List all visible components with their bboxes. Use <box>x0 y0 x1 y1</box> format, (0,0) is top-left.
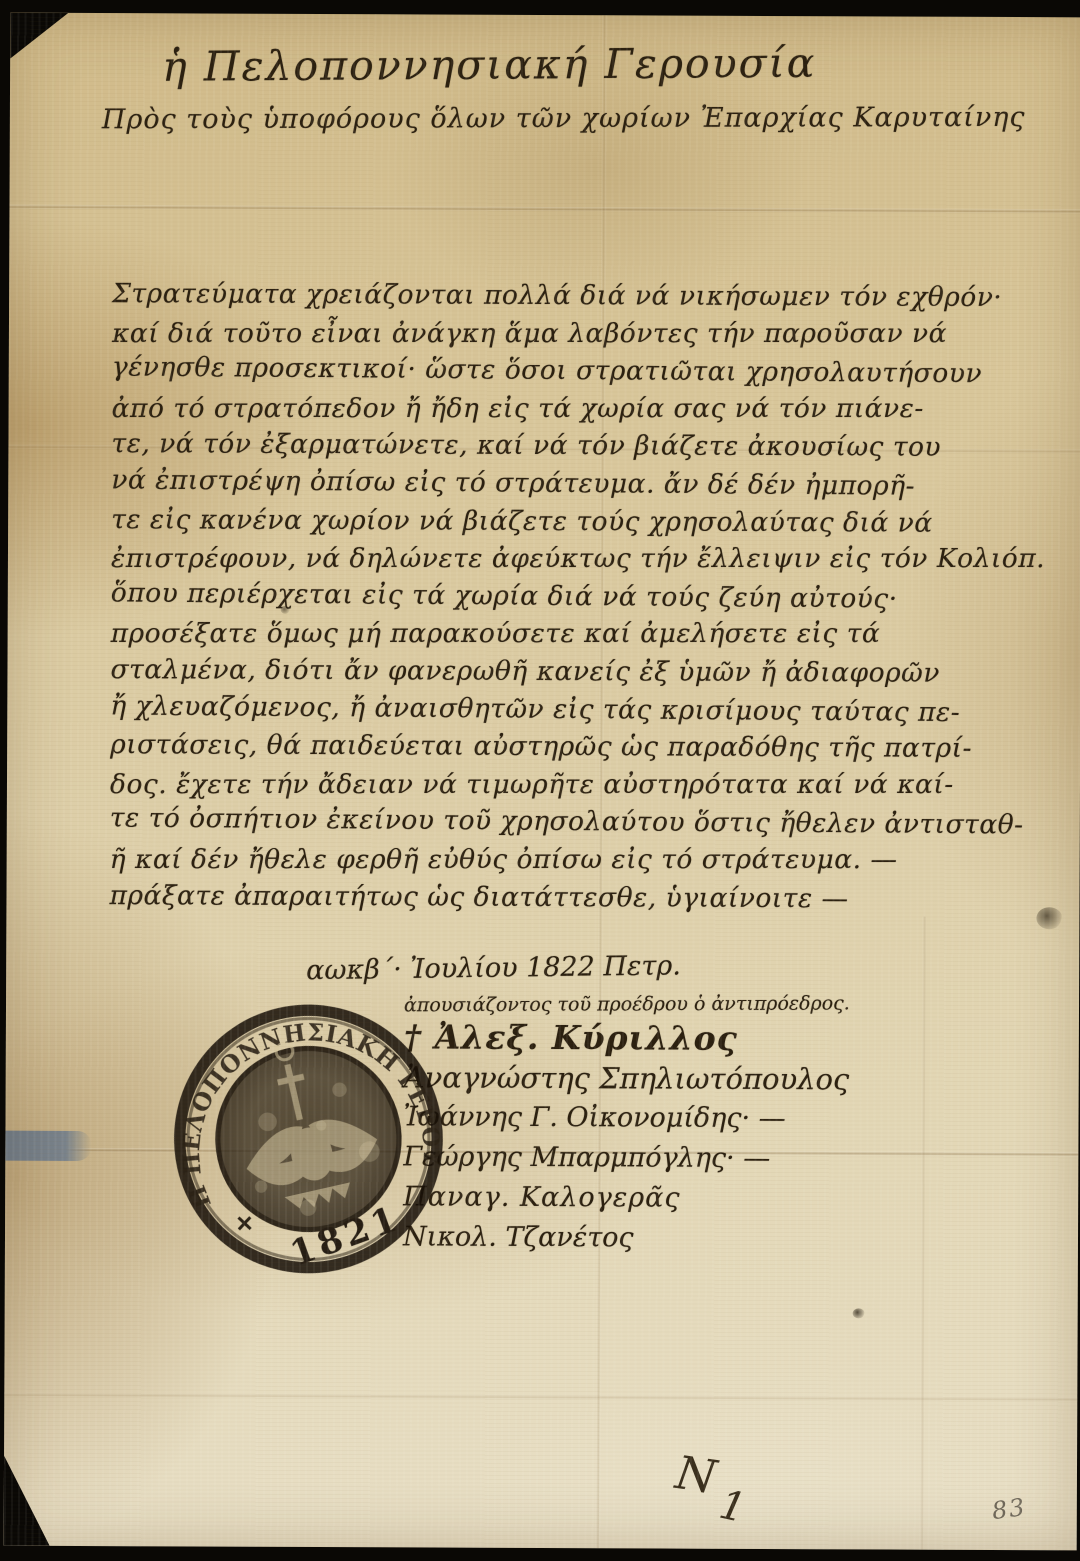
fold-crease-vertical-2 <box>920 917 927 1550</box>
signature: Ἰωάννης Γ. Οἰκονομίδης· — <box>403 1097 849 1139</box>
body-line: καί διά τοῦτο εἶναι ἀνάγκη ἅμα λαβόντες … <box>112 315 1080 353</box>
signature: Παναγ. Καλογερᾶς <box>403 1177 849 1219</box>
vice-president-note: ἀπουσιάζοντος τοῦ προέδρου ὁ ἀντιπρόεδρο… <box>404 992 850 1016</box>
date-line: αωκβ΄· Ἰουλίου 1822 Πετρ. <box>306 950 681 986</box>
body-line: προσέξατε ὅμως μή παρακούσετε καί ἀμελήσ… <box>111 616 1079 654</box>
signature: † Ἀλεξ. Κύριλλος <box>404 1017 850 1059</box>
body-line: δος. ἔχετε τήν ἄδειαν νά τιμωρῆτε αὐστηρ… <box>110 766 1078 804</box>
body-line: ὅπου περιέρχεται εἰς τά χωρία διά νά τού… <box>111 574 1079 619</box>
body-line: τε, νά τόν ἐξαρματώνετε, καί νά τόν βιάζ… <box>111 425 1079 467</box>
body-line: ἐπιστρέφουν, νά δηλώνετε ἀφεύκτως τήν ἔλ… <box>111 540 1079 578</box>
document-addressee-line: Πρὸς τοὺς ὑποφόρους ὅλων τῶν χωρίων Ἐπαρ… <box>102 102 1026 135</box>
body-line: τε εἰς κανένα χωρίον νά βιάζετε τούς χρη… <box>111 501 1079 543</box>
body-line: τε τό ὀσπήτιον ἐκείνου τοῦ χρησολαύτου ὅ… <box>110 800 1078 845</box>
body-line: σταλμένα, διότι ἄν φανερωθῆ κανείς ἐξ ὑμ… <box>110 651 1078 693</box>
body-line: ἀπό τό στρατόπεδον ἤ ἤδη εἰς τά χωρία σα… <box>112 390 1080 428</box>
body-line: ῆ καί δέν ἤθελε φερθῆ εὐθύς ὀπίσω εἰς τό… <box>110 841 1078 879</box>
ink-speck <box>853 1308 865 1318</box>
body-line: Στρατεύματα χρειάζονται πολλά διά νά νικ… <box>112 275 1080 317</box>
pencil-page-number: 83 <box>990 1493 1028 1525</box>
body-line: νά ἐπιστρέψη ὀπίσω εἰς τό στράτευμα. ἄν … <box>111 461 1079 506</box>
signature: Γεώργης Μπαρμπόγλης· — <box>403 1137 849 1179</box>
scan-corner-bottom-left <box>4 1456 50 1546</box>
body-line: πράξατε ἀπαραιτήτως ὡς διατάττεσθε, ὑγια… <box>109 877 1077 919</box>
tape-residue-mark <box>5 1131 91 1161</box>
fold-crease-horizontal-1 <box>9 205 1080 214</box>
fold-crease-horizontal-4 <box>4 1393 1077 1402</box>
scan-corner-top-left <box>10 13 68 59</box>
body-line: γένησθε προσεκτικοί· ὥστε ὅσοι στρατιῶτα… <box>112 349 1080 394</box>
body-line: ριστάσεις, θά παιδεύεται αὐστηρῶς ὡς παρ… <box>110 726 1078 768</box>
signature: Ἀναγνώστης Σπηλιωτόπουλος <box>404 1057 850 1099</box>
document-title: ἡ Πελοποννησιακή Γερουσία <box>162 39 816 91</box>
archival-mark-n: Ν <box>672 1445 720 1504</box>
body-line: ἤ χλευαζόμενος, ἤ ἀναισθητῶν εἰς τάς κρι… <box>110 687 1078 732</box>
document-page: ἡ Πελοποννησιακή Γερουσία Πρὸς τοὺς ὑποφ… <box>4 13 1080 1551</box>
letter-body: Στρατεύματα χρειάζονται πολλά διά νά νικ… <box>109 275 1080 918</box>
archival-mark-1: 1 <box>715 1482 750 1532</box>
